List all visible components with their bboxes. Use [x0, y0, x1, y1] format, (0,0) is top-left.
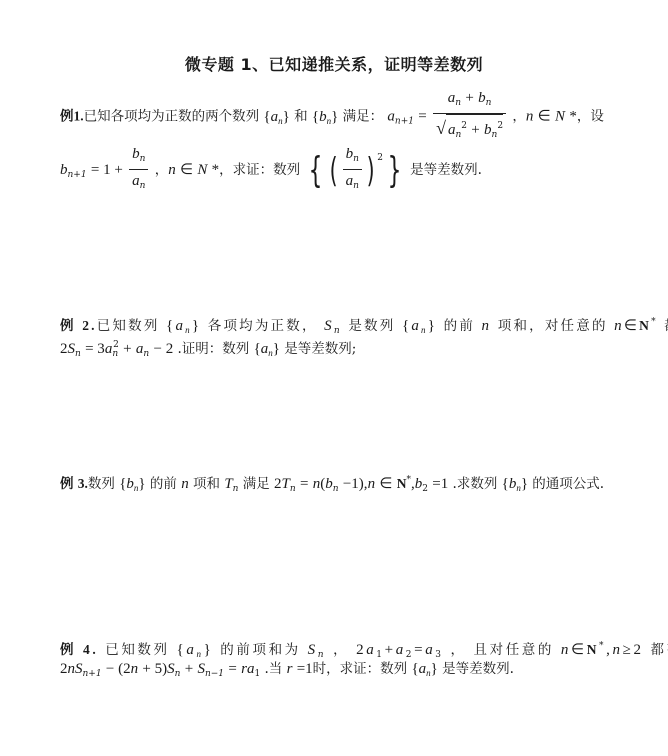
seq-b: {bn}: [312, 109, 338, 125]
example-3-line-1: 例 3.数列 {bn} 的前 n 项和 Tn 满足 2Tn = n(bn −1)…: [60, 470, 604, 499]
sequence-expression: {(bnan)2}: [304, 162, 410, 178]
seq-a: {an}: [263, 109, 289, 125]
example-1-tail: 是等差数列.: [410, 162, 482, 178]
example-1-line-2: bn+1 = 1 + bn an ，n ∈ N *，求证：数列 {(bnan)2…: [60, 138, 482, 197]
example-2-line-2: 2Sn = 3an2 + an − 2 .证明：数列 {an} 是等差数列;: [60, 335, 356, 364]
example-1-text-c: 满足：: [343, 109, 384, 125]
example-label: 例: [60, 642, 76, 658]
example-4-line-2: 2nSn+1 − (2n + 5)Sn + Sn−1 = ra1 .当 r =1…: [60, 659, 514, 684]
fraction: bn an: [129, 144, 148, 197]
example-1-text-b: 和: [294, 109, 308, 125]
example-number: 1.: [74, 109, 84, 124]
domain-text: ，n ∈ N *，求证：数列: [155, 162, 300, 178]
example-label: 例: [60, 318, 76, 334]
example-number: 3.: [78, 476, 88, 491]
domain-text: ，n ∈ N *，设: [512, 109, 603, 125]
example-1-text-a: 已知各项均为正数的两个数列: [84, 109, 260, 125]
page-title: 微专题 1、已知递推关系，证明等差数列: [0, 52, 668, 75]
example-label: 例: [60, 109, 74, 125]
example-number: 4.: [83, 642, 98, 657]
example-number: 2.: [82, 318, 97, 333]
example-label: 例: [60, 476, 74, 492]
